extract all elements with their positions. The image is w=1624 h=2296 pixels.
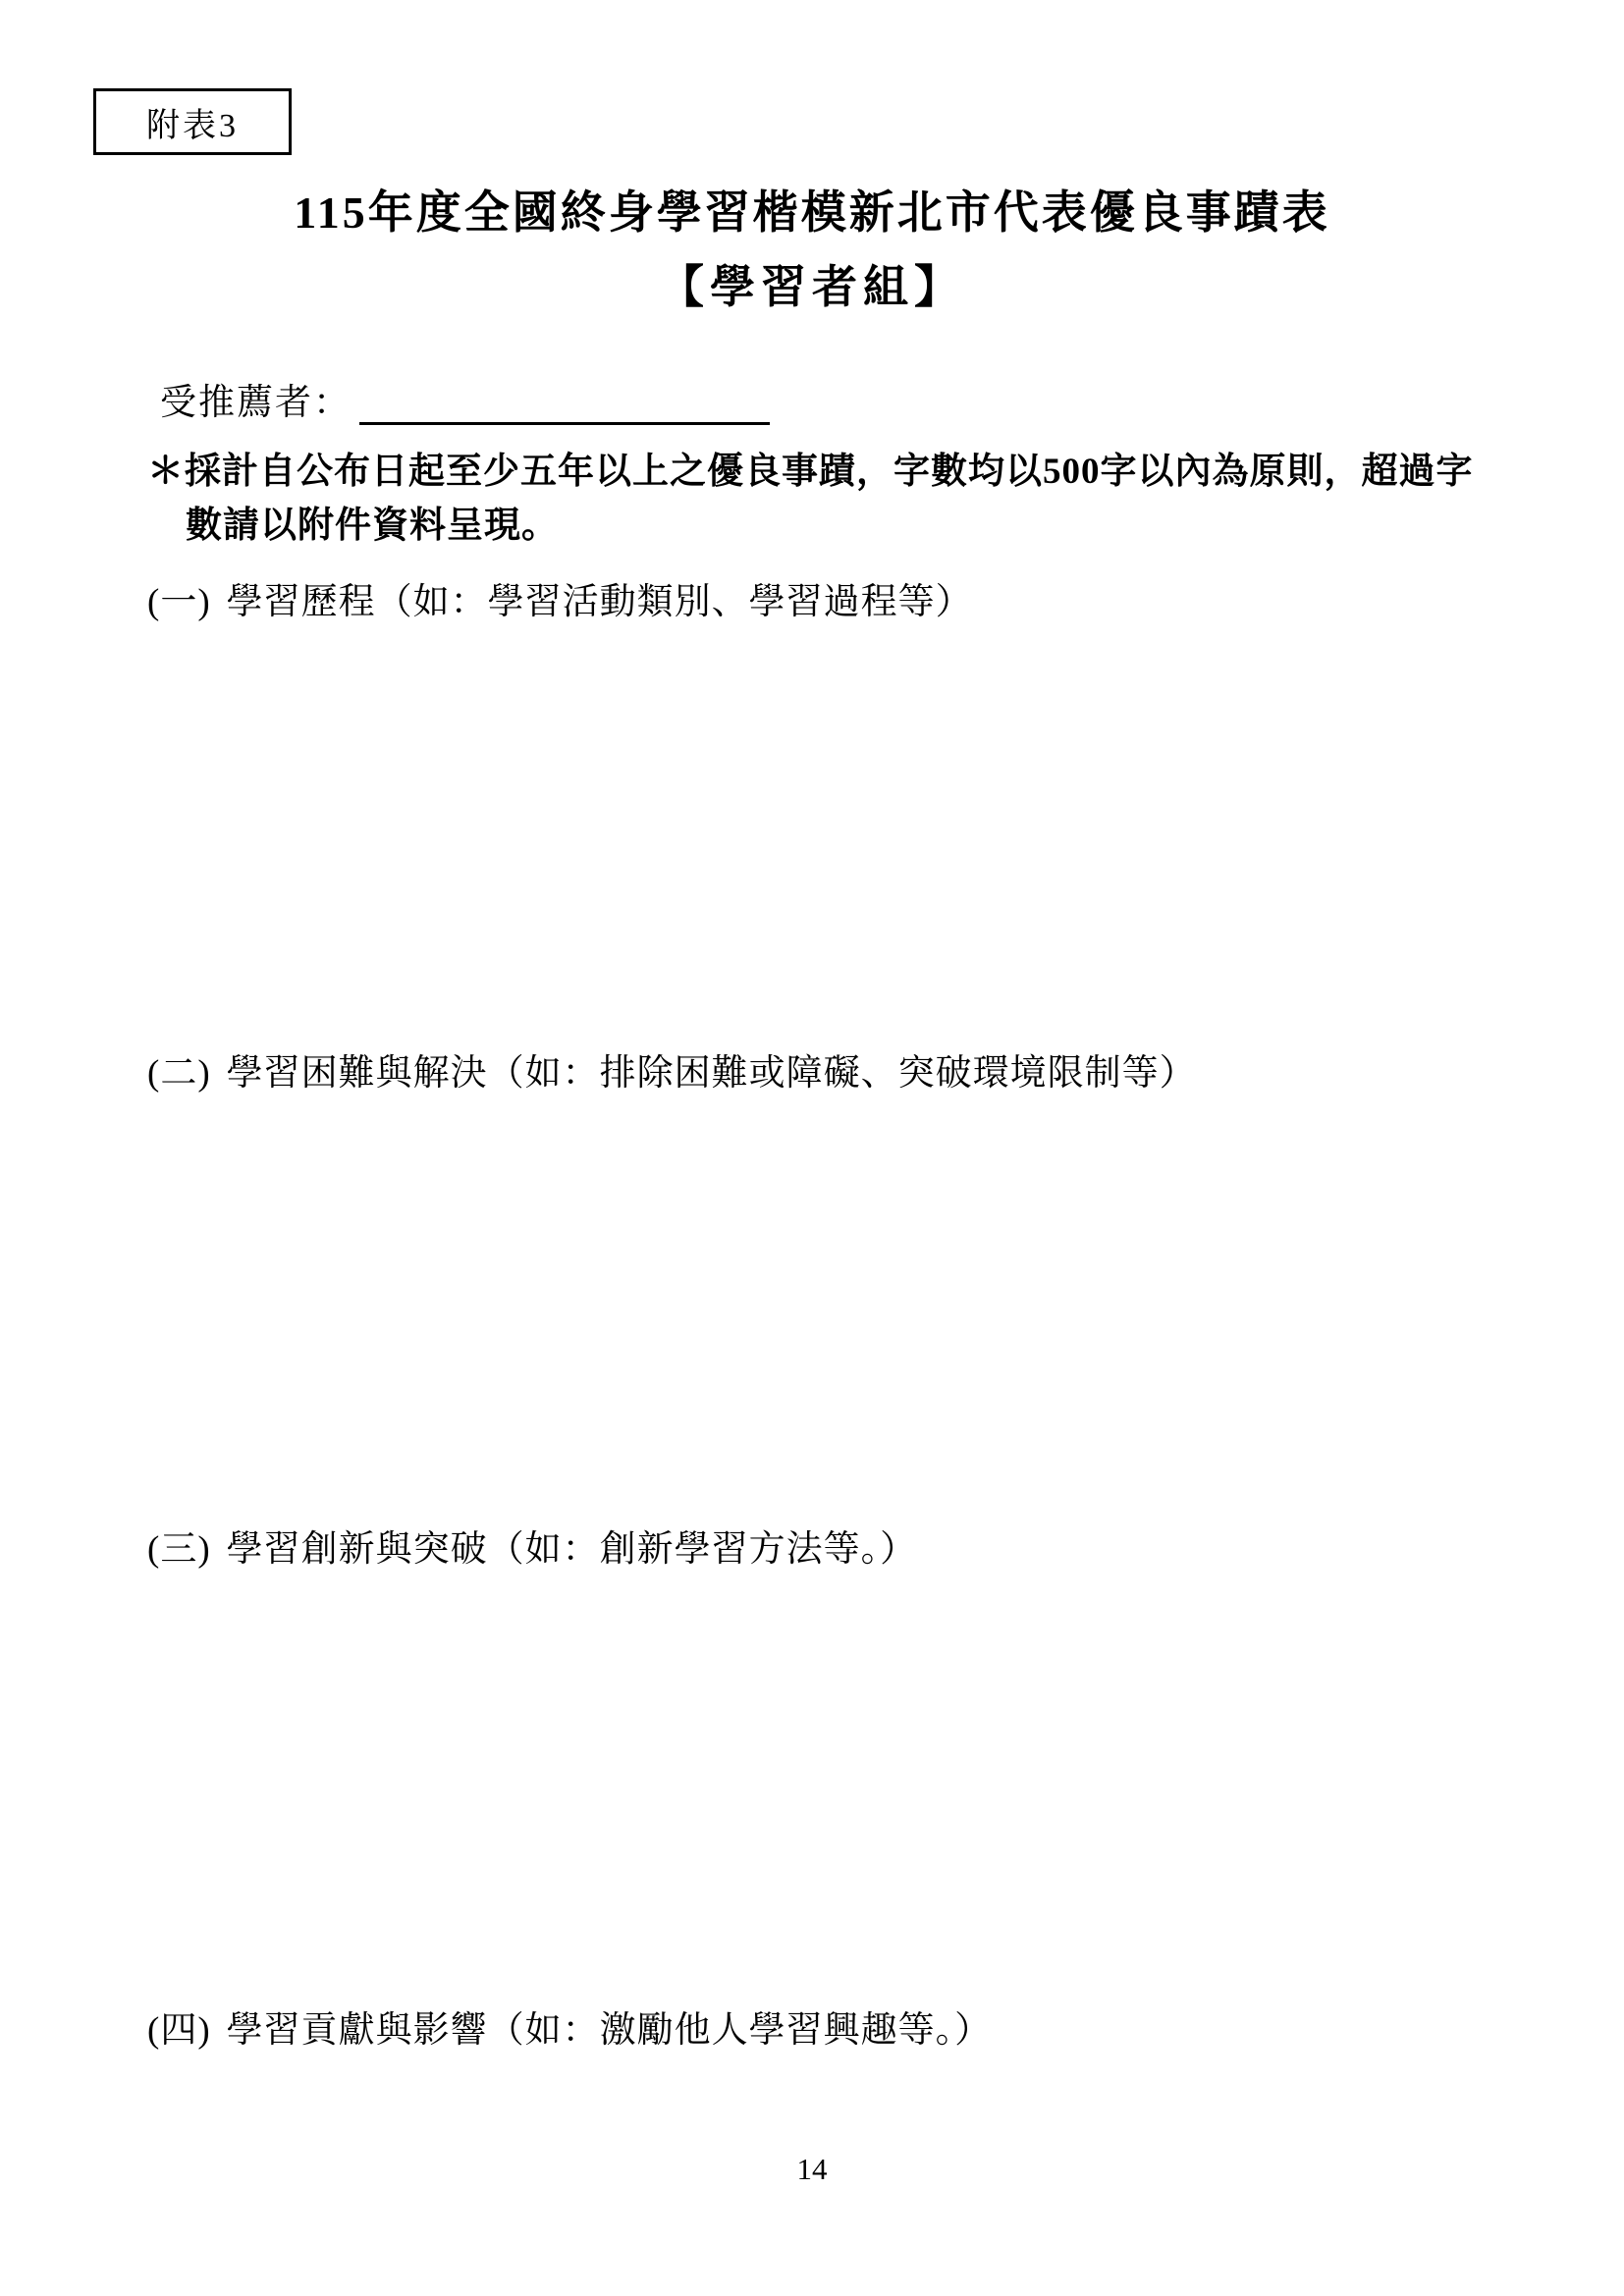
document-subtitle: 【學習者組】	[0, 251, 1624, 316]
document-page: 附表3 115年度全國終身學習楷模新北市代表優良事蹟表 【學習者組】 受推薦者：…	[0, 0, 1624, 2296]
appendix-label-box: 附表3	[93, 88, 292, 155]
section-4-number: (四)	[147, 2010, 211, 2051]
section-1-title: 學習歷程（如：學習活動類別、學習過程等）	[227, 582, 973, 622]
note-line-1: ＊採計自公布日起至少五年以上之優良事蹟，字數均以500字以內為原則，超過字	[147, 445, 1551, 499]
section-3-title: 學習創新與突破（如：創新學習方法等。）	[227, 1529, 918, 1570]
recommendee-blank-line	[359, 383, 770, 425]
page-number: 14	[0, 2152, 1624, 2187]
section-1-number: (一)	[147, 582, 211, 622]
section-3-number: (三)	[147, 1529, 211, 1570]
note-block: ＊採計自公布日起至少五年以上之優良事蹟，字數均以500字以內為原則，超過字 數請…	[147, 445, 1551, 553]
recommendee-label: 受推薦者：	[160, 383, 352, 423]
document-title: 115年度全國終身學習楷模新北市代表優良事蹟表	[0, 177, 1624, 241]
section-4-title: 學習貢獻與影響（如：激勵他人學習興趣等。）	[227, 2010, 993, 2051]
section-2-title: 學習困難與解決（如：排除困難或障礙、突破環境限制等）	[227, 1053, 1197, 1094]
section-heading-2: (二)學習困難與解決（如：排除困難或障礙、突破環境限制等）	[147, 1042, 1197, 1095]
note-line-2: 數請以附件資料呈現。	[147, 499, 1551, 553]
section-2-number: (二)	[147, 1053, 211, 1094]
recommendee-row: 受推薦者：	[160, 372, 770, 425]
appendix-label: 附表3	[146, 98, 239, 146]
section-heading-3: (三)學習創新與突破（如：創新學習方法等。）	[147, 1519, 917, 1572]
section-heading-1: (一)學習歷程（如：學習活動類別、學習過程等）	[147, 571, 973, 624]
section-heading-4: (四)學習貢獻與影響（如：激勵他人學習興趣等。）	[147, 2000, 992, 2053]
